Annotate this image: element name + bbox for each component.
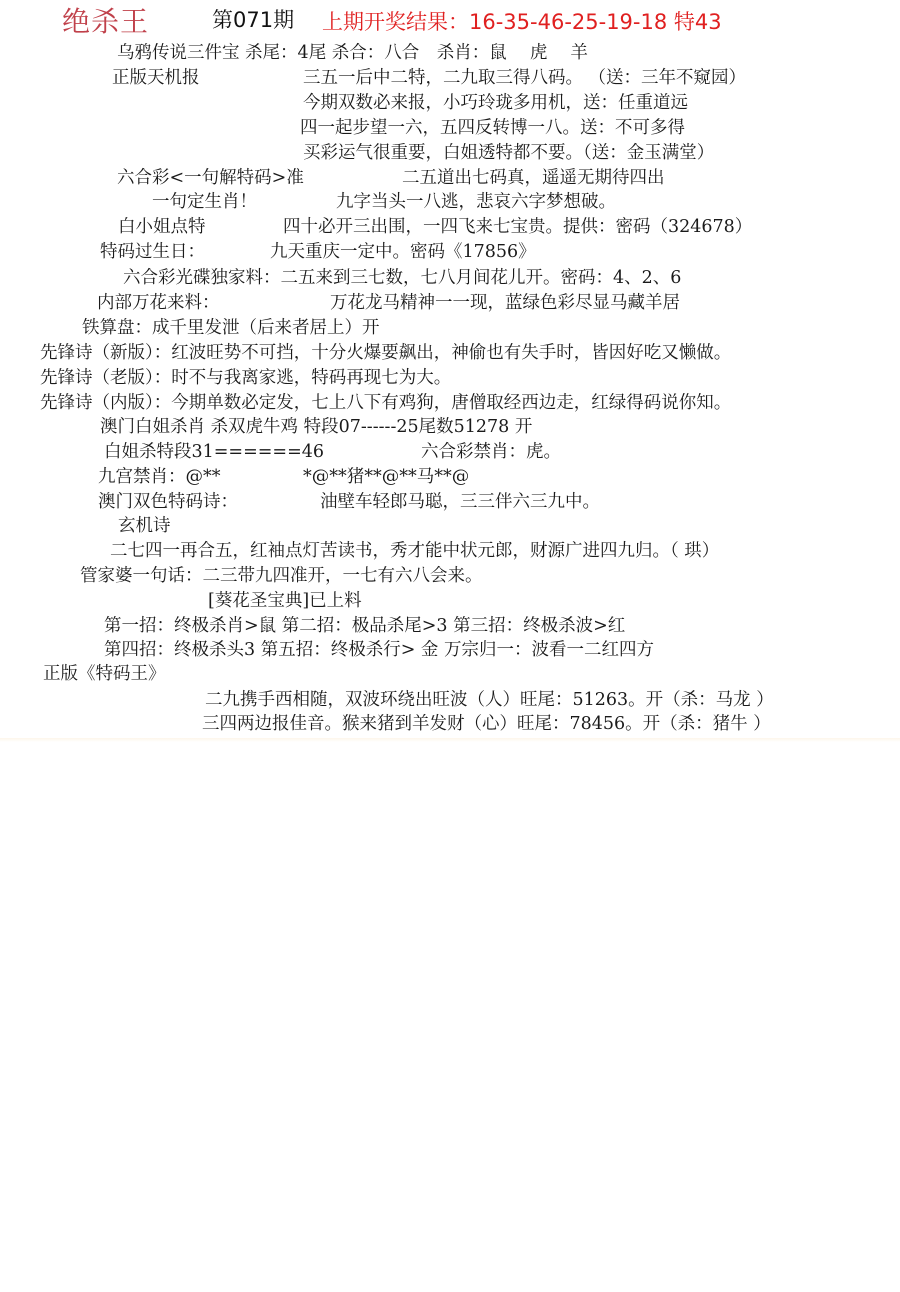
text-line-l2b: 三五一后中二特，二九取三得八码。 （送：三年不窥园）	[303, 67, 746, 89]
text-line-l17a: 白姐杀特段31======46	[104, 441, 324, 463]
text-line-l19b: 油壁车轻郎马聪，三三伴六三九中。	[320, 491, 600, 513]
text-line-l5: 买彩运气很重要，白姐透特都不要。（送：金玉满堂）	[303, 142, 714, 164]
text-line-l9b: 九天重庆一定中。密码《17856》	[270, 241, 536, 263]
text-line-l12: 铁算盘：成千里发泄（后来者居上）开	[82, 317, 380, 339]
page-edge	[0, 738, 900, 742]
text-line-l7b: 九字当头一八逃，悲哀六字梦想破。	[336, 191, 616, 213]
text-line-l25: 第四招：终极杀头3 第五招：终极杀行> 金 万宗归一：波看一二红四方	[104, 639, 654, 661]
text-line-l11b: 万花龙马精神一一现，蓝绿色彩尽显马藏羊居	[330, 292, 680, 314]
sheet-title: 绝杀王	[62, 0, 149, 40]
text-line-l28: 三四两边报佳音。猴来猪到羊发财（心）旺尾：78456。开（杀：猪牛 ）	[202, 713, 771, 735]
text-line-l1: 乌鸦传说三件宝 杀尾：4尾 杀合：八合 杀肖：鼠 虎 羊	[117, 42, 588, 64]
text-line-l18a: 九宫禁肖：@**	[98, 466, 221, 488]
text-line-l15: 先锋诗（内版）：今期单数必定发，七上八下有鸡狗，唐僧取经西边走，红绿得码说你知。	[40, 392, 731, 414]
text-line-l3: 今期双数必来报，小巧玲珑多用机，送：任重道远	[303, 92, 688, 114]
text-line-l24: 第一招：终极杀肖>鼠 第二招：极品杀尾>3 第三招：终极杀波>红	[104, 615, 625, 637]
lottery-sheet: 绝杀王 第071期 上期开奖结果：16-35-46-25-19-18 特43 乌…	[0, 0, 900, 740]
text-line-l14: 先锋诗（老版）：时不与我离家逃，特码再现七为大。	[40, 367, 451, 389]
text-line-l2a: 正版天机报	[112, 67, 200, 89]
text-line-l6a: 六合彩<一句解特码>准	[117, 167, 304, 189]
text-line-l17b: 六合彩禁肖：虎。	[421, 441, 561, 463]
text-line-l4: 四一起步望一六，五四反转博一八。送：不可多得	[300, 117, 685, 139]
text-line-l20: 玄机诗	[118, 515, 171, 537]
text-line-l18b: *@**猪**@**马**@	[303, 466, 469, 488]
issue-number: 第071期	[212, 4, 294, 34]
text-line-l26: 正版《特码王》	[43, 663, 166, 685]
text-line-l22: 管家婆一句话：二三带九四准开，一七有六八会来。	[80, 565, 483, 587]
text-line-l9a: 特码过生日：	[100, 241, 205, 263]
text-line-l11a: 内部万花来料：	[97, 292, 220, 314]
text-line-l16: 澳门白姐杀肖 杀双虎牛鸡 特段07------25尾数51278 开	[100, 416, 532, 438]
text-line-l23: [葵花圣宝典]已上料	[208, 590, 362, 612]
text-line-l6b: 二五道出七码真，遥遥无期待四出	[402, 167, 665, 189]
text-line-l21: 二七四一再合五，红袖点灯苦读书，秀才能中状元郎，财源广进四九归。（ 珙）	[110, 540, 719, 562]
text-line-l8a: 白小姐点特	[118, 216, 206, 238]
text-line-l27: 二九携手西相随，双波环绕出旺波（人）旺尾：51263。开（杀：马龙 ）	[205, 689, 774, 711]
text-line-l19a: 澳门双色特码诗：	[98, 491, 238, 513]
text-line-l13: 先锋诗（新版）：红波旺势不可挡，十分火爆要飙出，神偷也有失手时，皆因好吃又懒做。	[40, 342, 731, 364]
last-draw-result: 上期开奖结果：16-35-46-25-19-18 特43	[322, 6, 722, 36]
text-line-l10: 六合彩光碟独家料：二五来到三七数，七八月间花儿开。密码：4、2、6	[123, 267, 681, 289]
text-line-l7a: 一句定生肖！	[152, 191, 257, 213]
text-line-l8b: 四十必开三出围，一四飞来七宝贵。提供：密码（324678）	[283, 216, 752, 238]
